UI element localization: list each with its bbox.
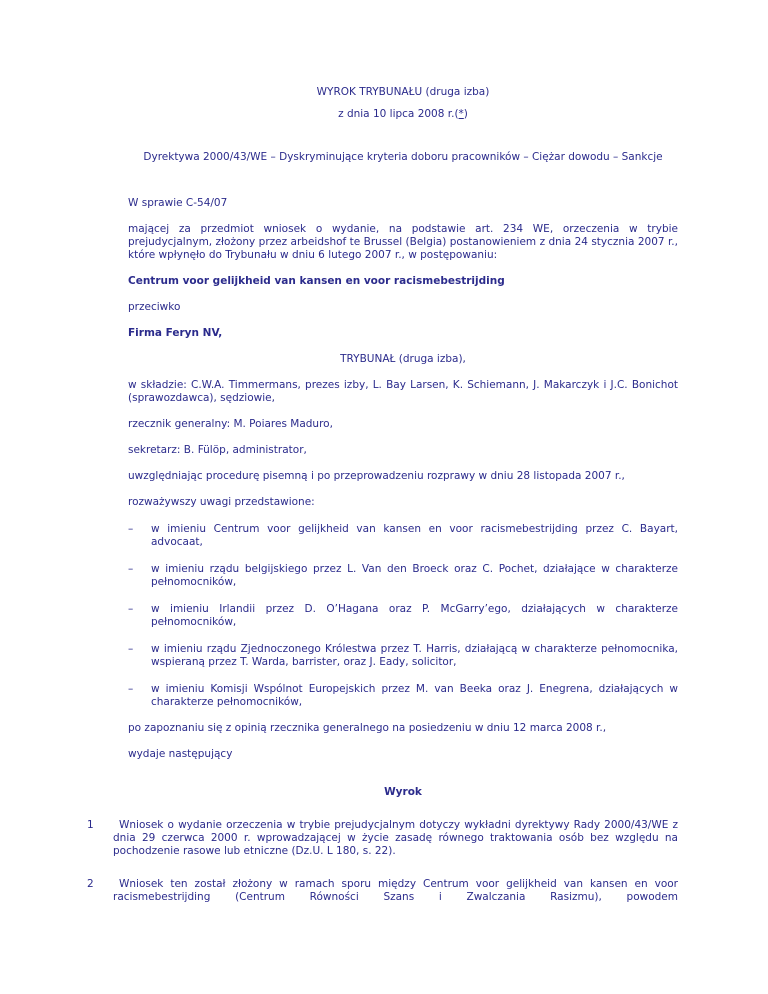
case-number-line: W sprawie C-54/07 (128, 197, 678, 210)
observation-text: w imieniu Centrum voor gelijkheid van ka… (151, 523, 678, 548)
versus-label: przeciwko (128, 301, 678, 314)
paragraph-number: 1 (87, 819, 94, 832)
advocate-general-line: rzecznik generalny: M. Poiares Maduro, (128, 418, 678, 431)
paragraph-text: Wniosek ten został złożony w ramach spor… (113, 878, 678, 903)
observation-item: – w imieniu Komisji Wspólnot Europejskic… (128, 683, 678, 709)
procedure-line: uwzględniając procedurę pisemną i po prz… (128, 470, 678, 483)
observation-dash: – (128, 523, 133, 536)
considering-line: rozważywszy uwagi przedstawione: (128, 496, 678, 509)
request-paragraph: mającej za przedmiot wniosek o wydanie, … (128, 223, 678, 262)
judgment-date-line: z dnia 10 lipca 2008 r.(*) (128, 108, 678, 121)
observation-text: w imieniu Irlandii przez D. O’Hagana ora… (151, 603, 678, 628)
hearing-opinion-line: po zapoznaniu się z opinią rzecznika gen… (128, 722, 678, 735)
applicant-name: Centrum voor gelijkheid van kansen en vo… (128, 275, 678, 288)
observation-text: w imieniu rządu belgijskiego przez L. Va… (151, 563, 678, 588)
observation-dash: – (128, 603, 133, 616)
judgment-title: WYROK TRYBUNAŁU (druga izba) (128, 86, 678, 99)
judgment-heading: Wyrok (128, 786, 678, 799)
observation-dash: – (128, 563, 133, 576)
registrar-line: sekretarz: B. Fülöp, administrator, (128, 444, 678, 457)
observation-item: – w imieniu rządu Zjednoczonego Królestw… (128, 643, 678, 669)
paragraph-text: Wniosek o wydanie orzeczenia w trybie pr… (113, 819, 678, 857)
keywords-line: Dyrektywa 2000/43/WE – Dyskryminujące kr… (128, 151, 678, 164)
court-composition: w składzie: C.W.A. Timmermans, prezes iz… (128, 379, 678, 405)
observation-item: – w imieniu rządu belgijskiego przez L. … (128, 563, 678, 589)
observation-text: w imieniu Komisji Wspólnot Europejskich … (151, 683, 678, 708)
document-page: WYROK TRYBUNAŁU (druga izba) z dnia 10 l… (0, 0, 768, 994)
observation-item: – w imieniu Irlandii przez D. O’Hagana o… (128, 603, 678, 629)
court-formation-line: TRYBUNAŁ (druga izba), (128, 353, 678, 366)
observation-dash: – (128, 683, 133, 696)
observation-text: w imieniu rządu Zjednoczonego Królestwa … (151, 643, 678, 668)
numbered-paragraph: 2 Wniosek ten został złożony w ramach sp… (113, 878, 678, 904)
date-text-prefix: z dnia 10 lipca 2008 r.( (338, 108, 458, 120)
numbered-paragraph: 1 Wniosek o wydanie orzeczenia w trybie … (113, 819, 678, 858)
date-text-suffix: ) (464, 108, 468, 120)
defendant-name: Firma Feryn NV, (128, 327, 678, 340)
observation-item: – w imieniu Centrum voor gelijkheid van … (128, 523, 678, 549)
delivers-following-line: wydaje następujący (128, 748, 678, 761)
paragraph-number: 2 (87, 878, 94, 891)
observation-dash: – (128, 643, 133, 656)
